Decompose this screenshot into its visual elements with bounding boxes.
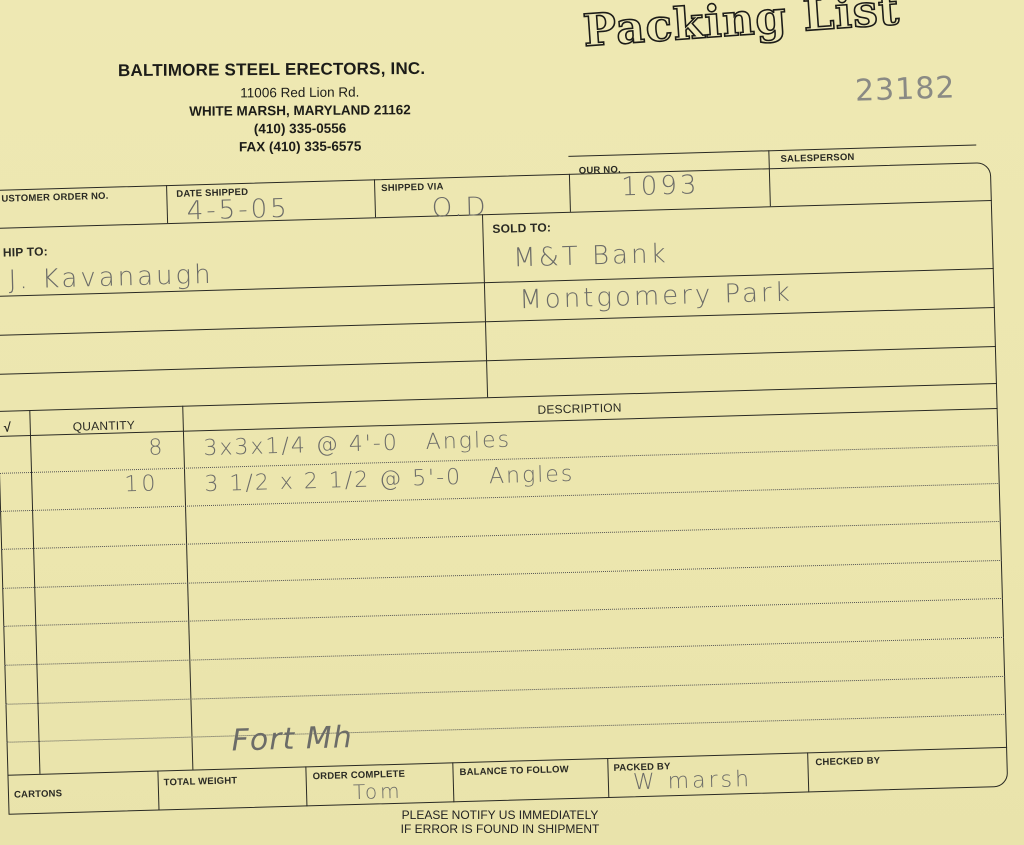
our-no-value[interactable]: 1093 <box>621 170 700 202</box>
error-notice: PLEASE NOTIFY US IMMEDIATELY IF ERROR IS… <box>385 808 615 836</box>
address-line1: 11006 Red Lion Rd. <box>150 83 450 103</box>
signature: Fort Mh <box>231 720 353 758</box>
sold-to-line1[interactable]: M&T Bank <box>513 239 669 273</box>
salesperson-label: SALESPERSON <box>780 152 854 165</box>
shipped-via-label: SHIPPED VIA <box>381 181 444 194</box>
check-column-header: √ <box>4 420 12 435</box>
sold-to-label: SOLD TO: <box>492 220 551 236</box>
form-grid: USTOMER ORDER NO. DATE SHIPPED 4-5-05 SH… <box>0 122 1014 822</box>
order-complete-value[interactable]: Tom <box>353 779 403 804</box>
notice-line2: IF ERROR IS FOUND IN SHIPMENT <box>385 822 615 836</box>
checked-by-label: CHECKED BY <box>815 755 880 768</box>
phone-number: (410) 335-0556 <box>150 119 450 139</box>
address-line2: WHITE MARSH, MARYLAND 21162 <box>150 101 450 121</box>
row1-quantity[interactable]: 8 <box>148 435 166 460</box>
our-no-label: OUR NO. <box>579 164 621 176</box>
description-column-header: DESCRIPTION <box>537 400 622 416</box>
divider <box>568 144 976 156</box>
document-title: Packing List <box>581 0 901 57</box>
date-shipped-value[interactable]: 4-5-05 <box>186 194 290 227</box>
document-number: 23182 <box>854 70 956 108</box>
ship-to-label: HIP TO: <box>3 244 48 259</box>
company-name: BALTIMORE STEEL ERECTORS, INC. <box>118 59 425 81</box>
cartons-label: CARTONS <box>14 788 62 800</box>
row2-quantity[interactable]: 10 <box>124 471 159 497</box>
packing-list-form: BALTIMORE STEEL ERECTORS, INC. 11006 Red… <box>0 0 1024 845</box>
total-weight-label: TOTAL WEIGHT <box>164 775 238 788</box>
notice-line1: PLEASE NOTIFY US IMMEDIATELY <box>385 808 615 822</box>
packed-by-value[interactable]: W marsh <box>633 767 753 795</box>
shipped-via-value[interactable]: O.D <box>431 192 489 224</box>
quantity-column-header: QUANTITY <box>73 418 136 434</box>
